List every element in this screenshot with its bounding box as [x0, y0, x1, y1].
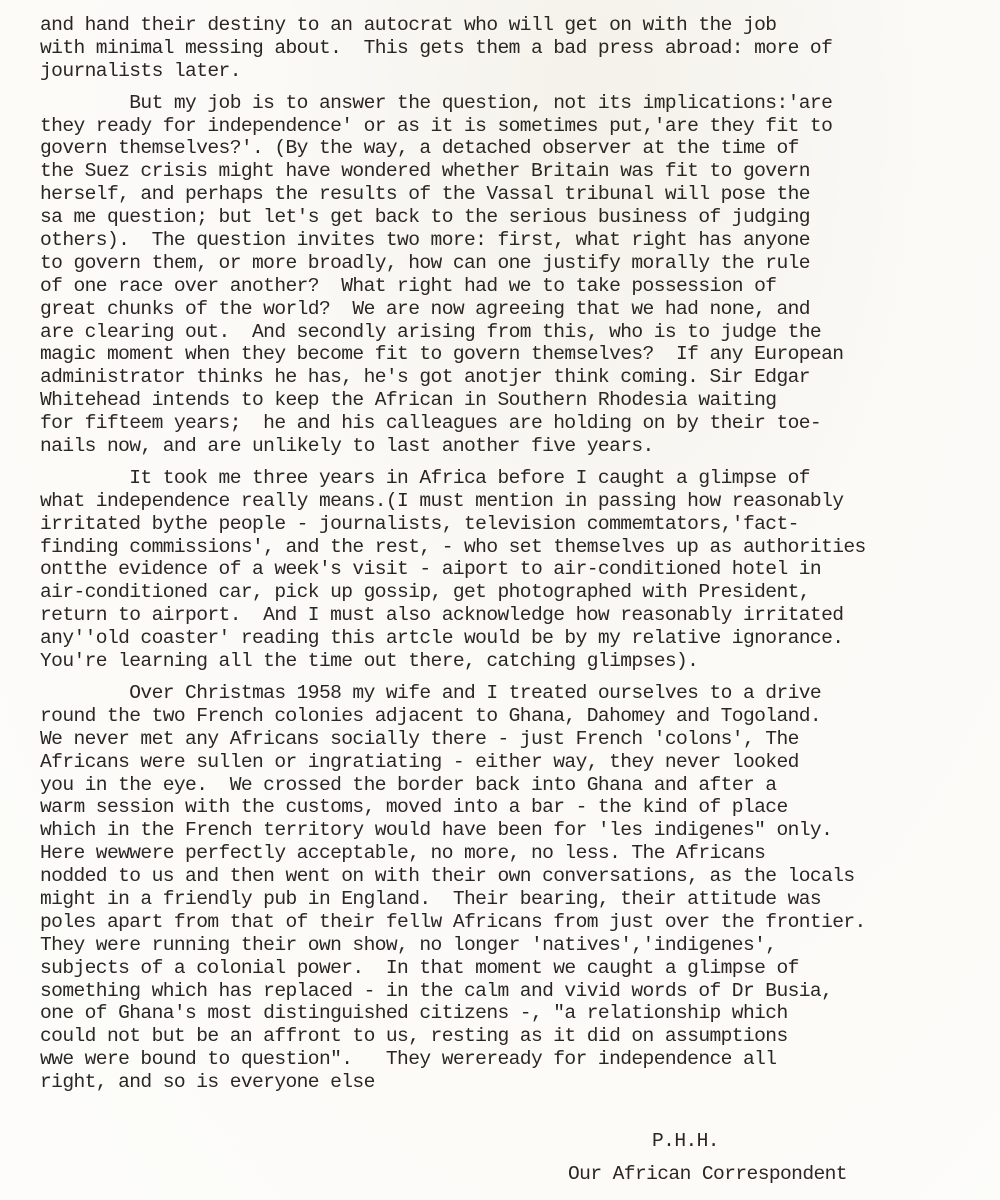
paragraph-question: But my job is to answer the question, no…	[40, 92, 980, 458]
text-line: something which has replaced - in the ca…	[40, 980, 980, 1003]
text-line: with minimal messing about. This gets th…	[40, 37, 980, 60]
text-line: warm session with the customs, moved int…	[40, 796, 980, 819]
text-line: administrator thinks he has, he's got an…	[40, 366, 980, 389]
text-line: Whitehead intends to keep the African in…	[40, 389, 980, 412]
paragraph-spacer	[40, 458, 980, 467]
text-line: for fifteem years; he and his calleagues…	[40, 412, 980, 435]
paragraph-three-years: It took me three years in Africa before …	[40, 467, 980, 673]
text-line: any''old coaster' reading this artcle wo…	[40, 627, 980, 650]
paragraph-spacer	[40, 83, 980, 92]
text-line: return to airport. And I must also ackno…	[40, 604, 980, 627]
text-line: might in a friendly pub in England. Thei…	[40, 888, 980, 911]
typed-page: and hand their destiny to an autocrat wh…	[0, 0, 1000, 1200]
text-line: to govern them, or more broadly, how can…	[40, 252, 980, 275]
signature-initials: P.H.H.	[652, 1130, 719, 1152]
text-line: nodded to us and then went on with their…	[40, 865, 980, 888]
text-line: poles apart from that of their fellw Afr…	[40, 911, 980, 934]
text-line: what independence really means.(I must m…	[40, 490, 980, 513]
article-body: and hand their destiny to an autocrat wh…	[40, 14, 980, 1094]
text-line: you in the eye. We crossed the border ba…	[40, 774, 980, 797]
text-line: are clearing out. And secondly arising f…	[40, 321, 980, 344]
text-line: one of Ghana's most distinguished citize…	[40, 1002, 980, 1025]
text-line: irritated bythe people - journalists, te…	[40, 513, 980, 536]
signature-byline: Our African Correspondent	[568, 1163, 847, 1185]
text-line: ontthe evidence of a week's visit - aipo…	[40, 558, 980, 581]
text-line: sa me question; but let's get back to th…	[40, 206, 980, 229]
text-line: others). The question invites two more: …	[40, 229, 980, 252]
text-line: wwe were bound to question". They werere…	[40, 1048, 980, 1071]
text-line: they ready for independence' or as it is…	[40, 115, 980, 138]
text-line: air-conditioned car, pick up gossip, get…	[40, 581, 980, 604]
text-line: Africans were sullen or ingratiating - e…	[40, 751, 980, 774]
text-line: It took me three years in Africa before …	[40, 467, 980, 490]
text-line: great chunks of the world? We are now ag…	[40, 298, 980, 321]
text-line: subjects of a colonial power. In that mo…	[40, 957, 980, 980]
paragraph-spacer	[40, 673, 980, 682]
text-line: which in the French territory would have…	[40, 819, 980, 842]
text-line: Here wewwere perfectly acceptable, no mo…	[40, 842, 980, 865]
text-line: the Suez crisis might have wondered whet…	[40, 160, 980, 183]
text-line: round the two French colonies adjacent t…	[40, 705, 980, 728]
text-line: herself, and perhaps the results of the …	[40, 183, 980, 206]
text-line: could not but be an affront to us, resti…	[40, 1025, 980, 1048]
text-line: and hand their destiny to an autocrat wh…	[40, 14, 980, 37]
text-line: finding commissions', and the rest, - wh…	[40, 536, 980, 559]
text-line: magic moment when they become fit to gov…	[40, 343, 980, 366]
text-line: But my job is to answer the question, no…	[40, 92, 980, 115]
text-line: Over Christmas 1958 my wife and I treate…	[40, 682, 980, 705]
text-line: nails now, and are unlikely to last anot…	[40, 435, 980, 458]
text-line: journalists later.	[40, 60, 980, 83]
text-line: right, and so is everyone else	[40, 1071, 980, 1094]
text-line: of one race over another? What right had…	[40, 275, 980, 298]
text-line: We never met any Africans socially there…	[40, 728, 980, 751]
text-line: They were running their own show, no lon…	[40, 934, 980, 957]
text-line: You're learning all the time out there, …	[40, 650, 980, 673]
paragraph-intro-fragment: and hand their destiny to an autocrat wh…	[40, 14, 980, 83]
text-line: govern themselves?'. (By the way, a deta…	[40, 137, 980, 160]
paragraph-christmas-1958: Over Christmas 1958 my wife and I treate…	[40, 682, 980, 1094]
